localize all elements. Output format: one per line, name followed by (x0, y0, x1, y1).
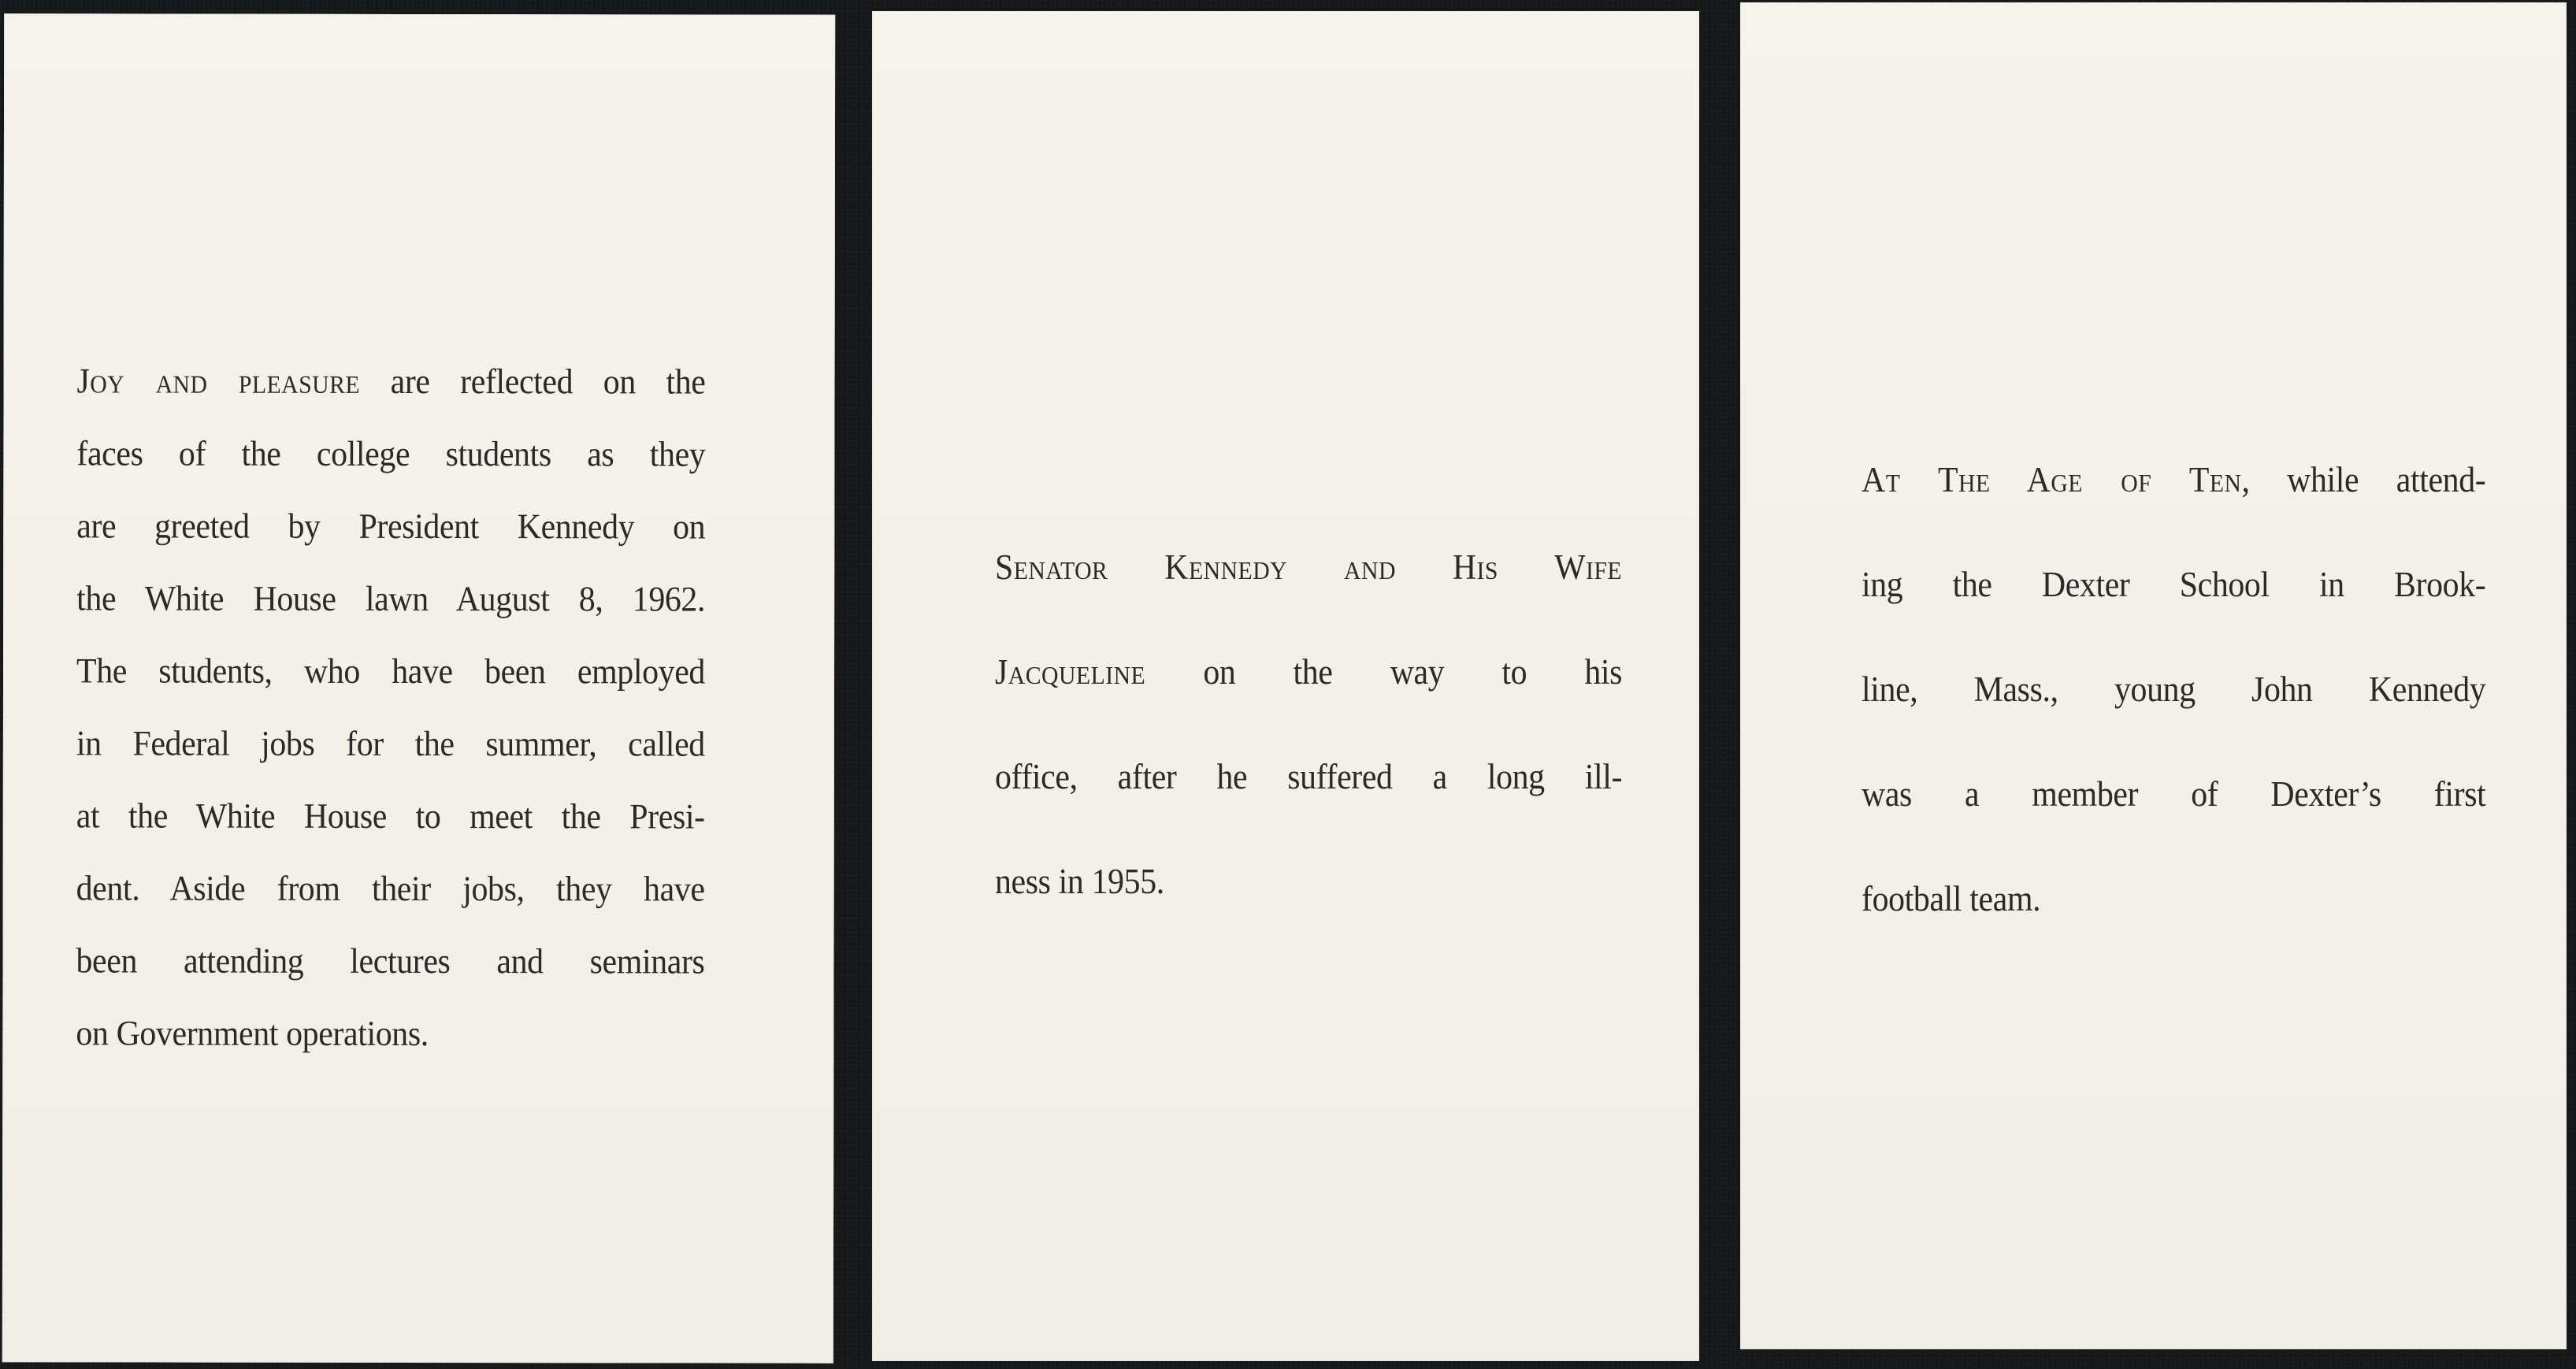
caption-card-2: Senator Kennedy and His Wife Jacqueline … (872, 11, 1699, 1361)
caption-line: are greeted by President Kennedy on (76, 489, 705, 562)
caption-line: the White House lawn August 8, 1962. (76, 562, 705, 635)
caption-line: line, Mass., young John Kennedy (1861, 637, 2485, 742)
caption-line: ness in 1955. (995, 829, 1622, 934)
caption-line: ing the Dexter School in Brook- (1861, 532, 2485, 637)
caption-line: dent. Aside from their jobs, they have (76, 851, 705, 925)
caption-line: at the White House to meet the Presi- (76, 779, 705, 852)
caption-line: on Government operations. (76, 996, 704, 1070)
caption-text: At The Age of Ten, while attend- ing the… (1861, 428, 2485, 952)
caption-card-1: Joy and pleasure are reflected on the fa… (2, 13, 835, 1363)
caption-lead-in: Joy and pleasure (77, 361, 361, 401)
caption-lead-in: At The Age of Ten (1861, 460, 2241, 499)
caption-line: in Federal jobs for the summer, called (76, 707, 705, 780)
caption-text: Senator Kennedy and His Wife Jacqueline … (995, 515, 1622, 934)
caption-lead-in: Senator Kennedy and His Wife (995, 547, 1622, 587)
caption-text: Joy and pleasure are reflected on the fa… (76, 344, 705, 1070)
caption-line: was a member of Dexter’s first (1861, 742, 2485, 847)
caption-line: Jacqueline on the way to his (995, 620, 1622, 725)
caption-line: been attending lectures and seminars (76, 924, 704, 997)
caption-line: faces of the college students as they (76, 417, 705, 490)
caption-line: Senator Kennedy and His Wife (995, 515, 1622, 620)
caption-line: At The Age of Ten, while attend- (1861, 428, 2485, 532)
caption-line: The students, who have been employed (76, 634, 705, 707)
caption-card-3: At The Age of Ten, while attend- ing the… (1740, 2, 2567, 1349)
caption-line: Joy and pleasure are reflected on the (76, 344, 705, 417)
caption-line: football team. (1861, 847, 2485, 952)
caption-lead-in: Jacqueline (995, 652, 1145, 692)
caption-line: office, after he suffered a long ill- (995, 725, 1622, 829)
